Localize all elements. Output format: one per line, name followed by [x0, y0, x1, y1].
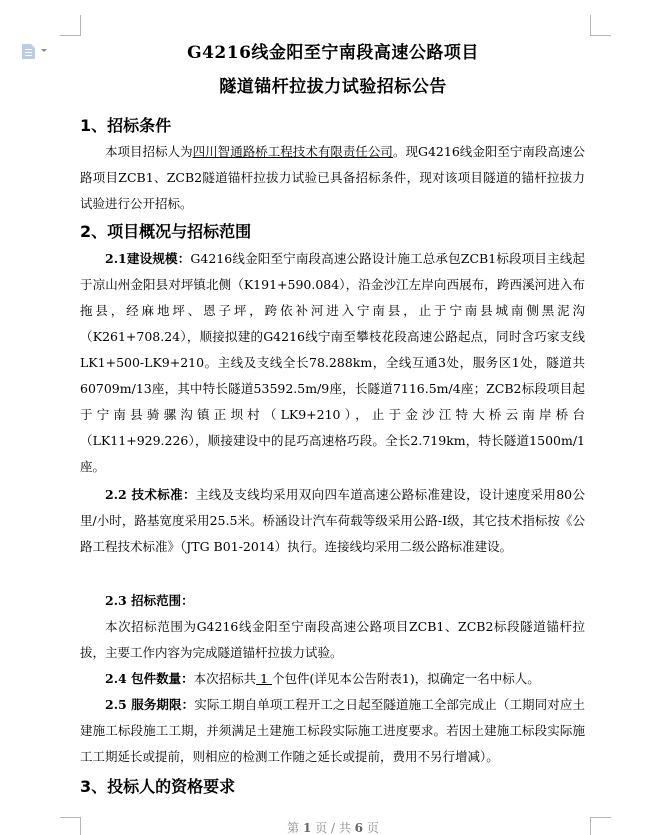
text: 个包件(详见本公告附表1)，拟确定一名中标人。	[272, 671, 540, 686]
paragraph-2-3: 本次招标范围为G4216线金阳至宁南段高速公路项目ZCB1、ZCB2标段隧道锚杆…	[80, 614, 585, 666]
label-2-2: 2.2 技术标准：	[105, 487, 196, 502]
label-2-1: 2.1建设规模：	[105, 251, 190, 266]
text: 本项目招标人为	[105, 144, 193, 159]
tenderer-company: 四川智通路桥工程技术有限责任公司	[193, 144, 393, 159]
margin-corner-top-left	[60, 15, 81, 36]
text: 页	[363, 821, 379, 835]
label-2-5: 2.5 服务期限：	[105, 697, 194, 712]
page-number-footer: 第 1 页 / 共 6 页	[0, 819, 666, 835]
paragraph-2-2: 2.2 技术标准：主线及支线均采用双向四车道高速公路标准建设，设计速度采用80公…	[80, 482, 585, 560]
total-pages: 6	[355, 821, 363, 835]
margin-corner-top-right	[590, 15, 611, 36]
paragraph-2-1: 2.1建设规模：G4216线金阳至宁南段高速公路设计施工总承包ZCB1标段项目主…	[80, 246, 585, 480]
text: G4216线金阳至宁南段高速公路设计施工总承包ZCB1标段项目主线起于凉山州金阳…	[80, 251, 585, 474]
text: 第	[287, 821, 303, 835]
text: 页 / 共	[311, 821, 354, 835]
document-title-line2: 隧道锚杆拉拔力试验招标公告	[0, 72, 666, 97]
paragraph-bidding-conditions: 本项目招标人为四川智通路桥工程技术有限责任公司。现G4216线金阳至宁南段高速公…	[80, 139, 585, 217]
label-2-4: 2.4 包件数量：	[105, 671, 194, 686]
text: 本次招标共	[194, 671, 257, 686]
heading-section-2: 2、项目概况与招标范围	[80, 219, 251, 242]
paragraph-2-4: 2.4 包件数量：本次招标共 1 个包件(详见本公告附表1)，拟确定一名中标人。	[80, 666, 585, 692]
heading-section-3: 3、投标人的资格要求	[80, 774, 235, 797]
document-title-line1: G4216线金阳至宁南段高速公路项目	[0, 38, 666, 63]
label-2-3: 2.3 招标范围：	[80, 588, 585, 614]
heading-section-1: 1、招标条件	[80, 113, 171, 136]
package-count: 1	[256, 671, 272, 686]
paragraph-2-5: 2.5 服务期限：实际工期自单项工程开工之日起至隧道施工全部完成止（工期同对应土…	[80, 692, 585, 770]
